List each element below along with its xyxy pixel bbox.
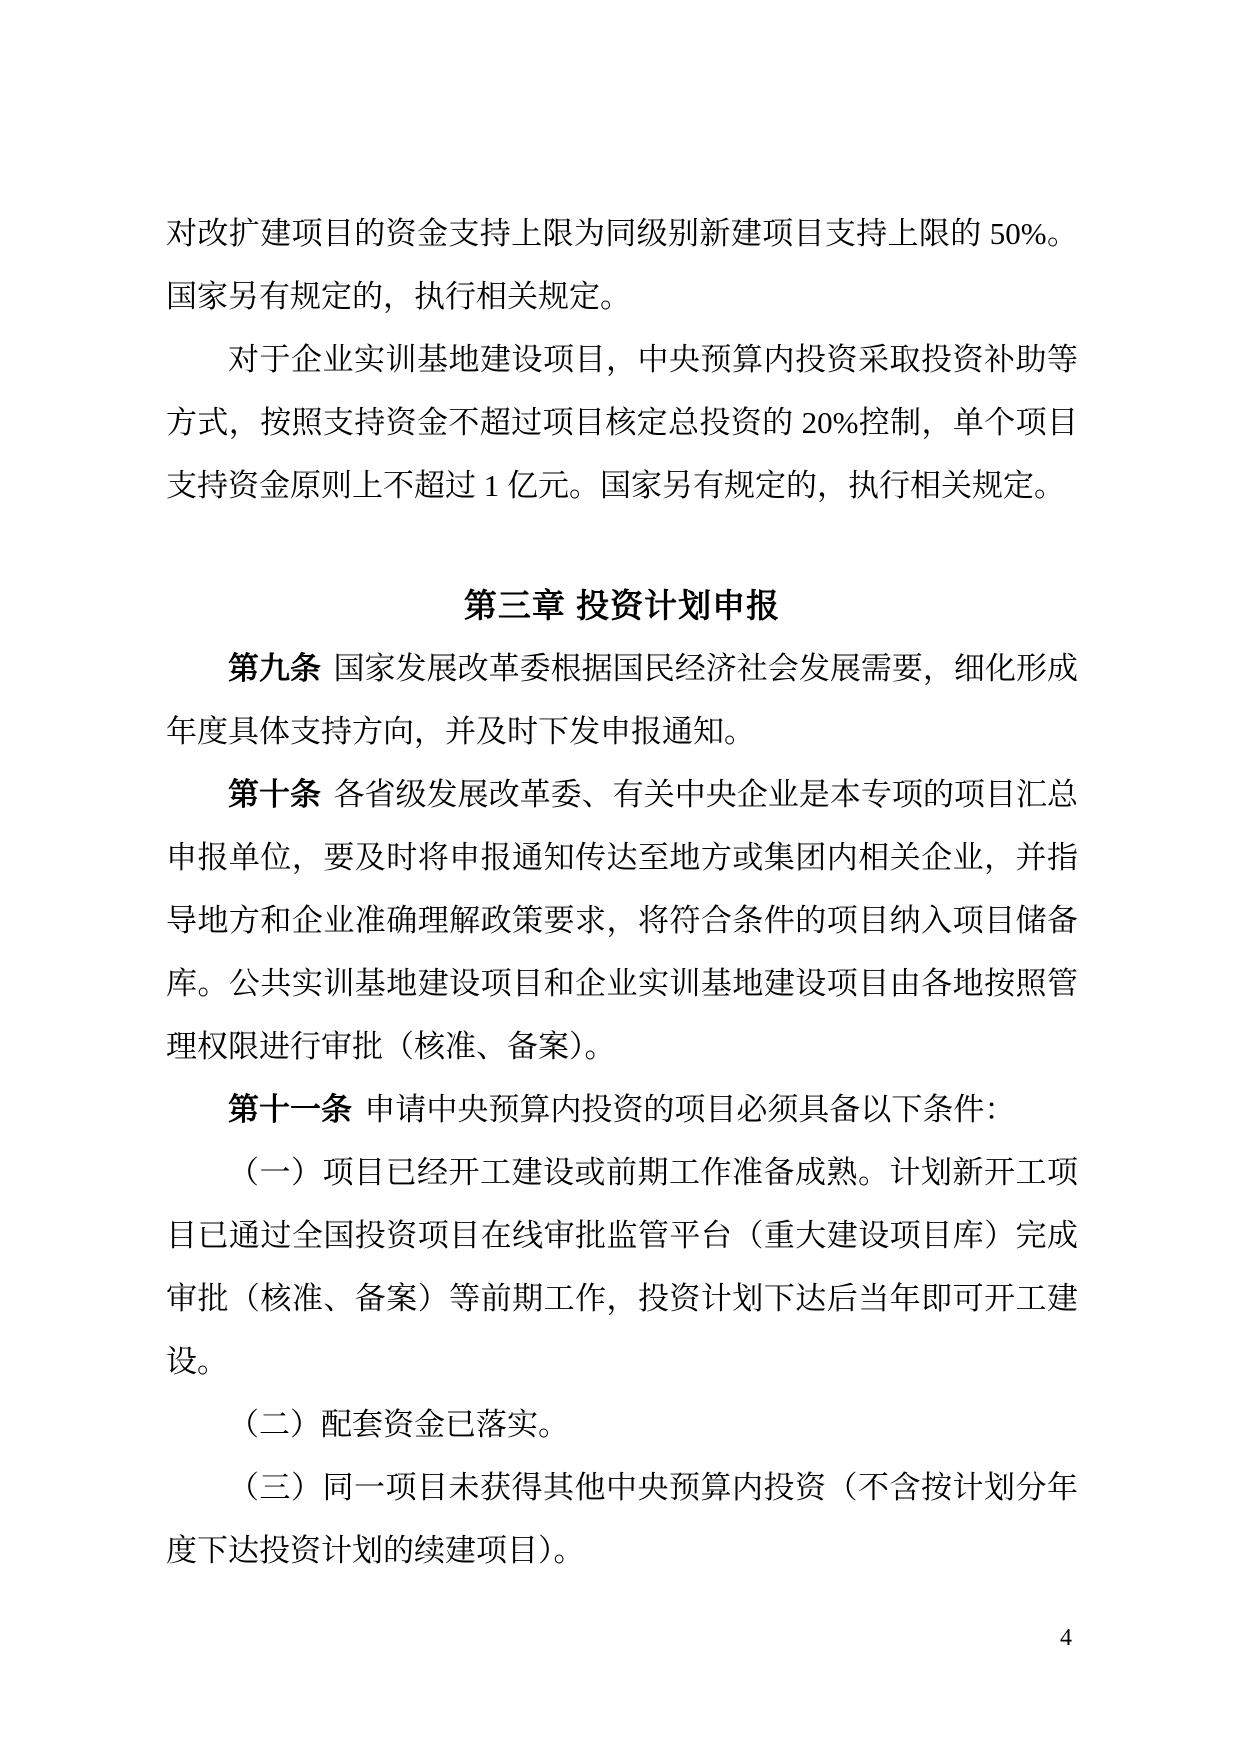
paragraph-enterprise-base-funding: 对于企业实训基地建设项目，中央预算内投资采取投资补助等方式，按照支持资金不超过项… xyxy=(166,328,1078,517)
page-number: 4 xyxy=(1060,1625,1072,1651)
condition-item-3: （三）同一项目未获得其他中央预算内投资（不含按计划分年度下达投资计划的续建项目）… xyxy=(166,1456,1078,1582)
article-11-text: 申请中央预算内投资的项目必须具备以下条件： xyxy=(364,1092,1015,1127)
page-footer: 4 xyxy=(166,1624,1078,1652)
condition-item-2: （二）配套资金已落实。 xyxy=(166,1393,1078,1456)
article-11-paragraph: 第十一条申请中央预算内投资的项目必须具备以下条件： xyxy=(166,1078,1078,1141)
article-9-label: 第九条 xyxy=(228,651,321,686)
article-9-paragraph: 第九条国家发展改革委根据国民经济社会发展需要，细化形成年度具体支持方向，并及时下… xyxy=(166,637,1078,763)
document-content: 对改扩建项目的资金支持上限为同级别新建项目支持上限的 50%。国家另有规定的，执… xyxy=(166,202,1078,1582)
article-10-paragraph: 第十条各省级发展改革委、有关中央企业是本专项的项目汇总申报单位，要及时将申报通知… xyxy=(166,763,1078,1078)
chapter-heading: 第三章 投资计划申报 xyxy=(166,574,1078,637)
document-page: 对改扩建项目的资金支持上限为同级别新建项目支持上限的 50%。国家另有规定的，执… xyxy=(0,0,1241,1754)
condition-item-1: （一）项目已经开工建设或前期工作准备成熟。计划新开工项目已通过全国投资项目在线审… xyxy=(166,1141,1078,1393)
paragraph-funding-cap-continuation: 对改扩建项目的资金支持上限为同级别新建项目支持上限的 50%。国家另有规定的，执… xyxy=(166,202,1078,328)
article-10-label: 第十条 xyxy=(228,777,321,812)
article-10-text: 各省级发展改革委、有关中央企业是本专项的项目汇总申报单位，要及时将申报通知传达至… xyxy=(166,777,1078,1064)
article-11-label: 第十一条 xyxy=(228,1092,352,1127)
